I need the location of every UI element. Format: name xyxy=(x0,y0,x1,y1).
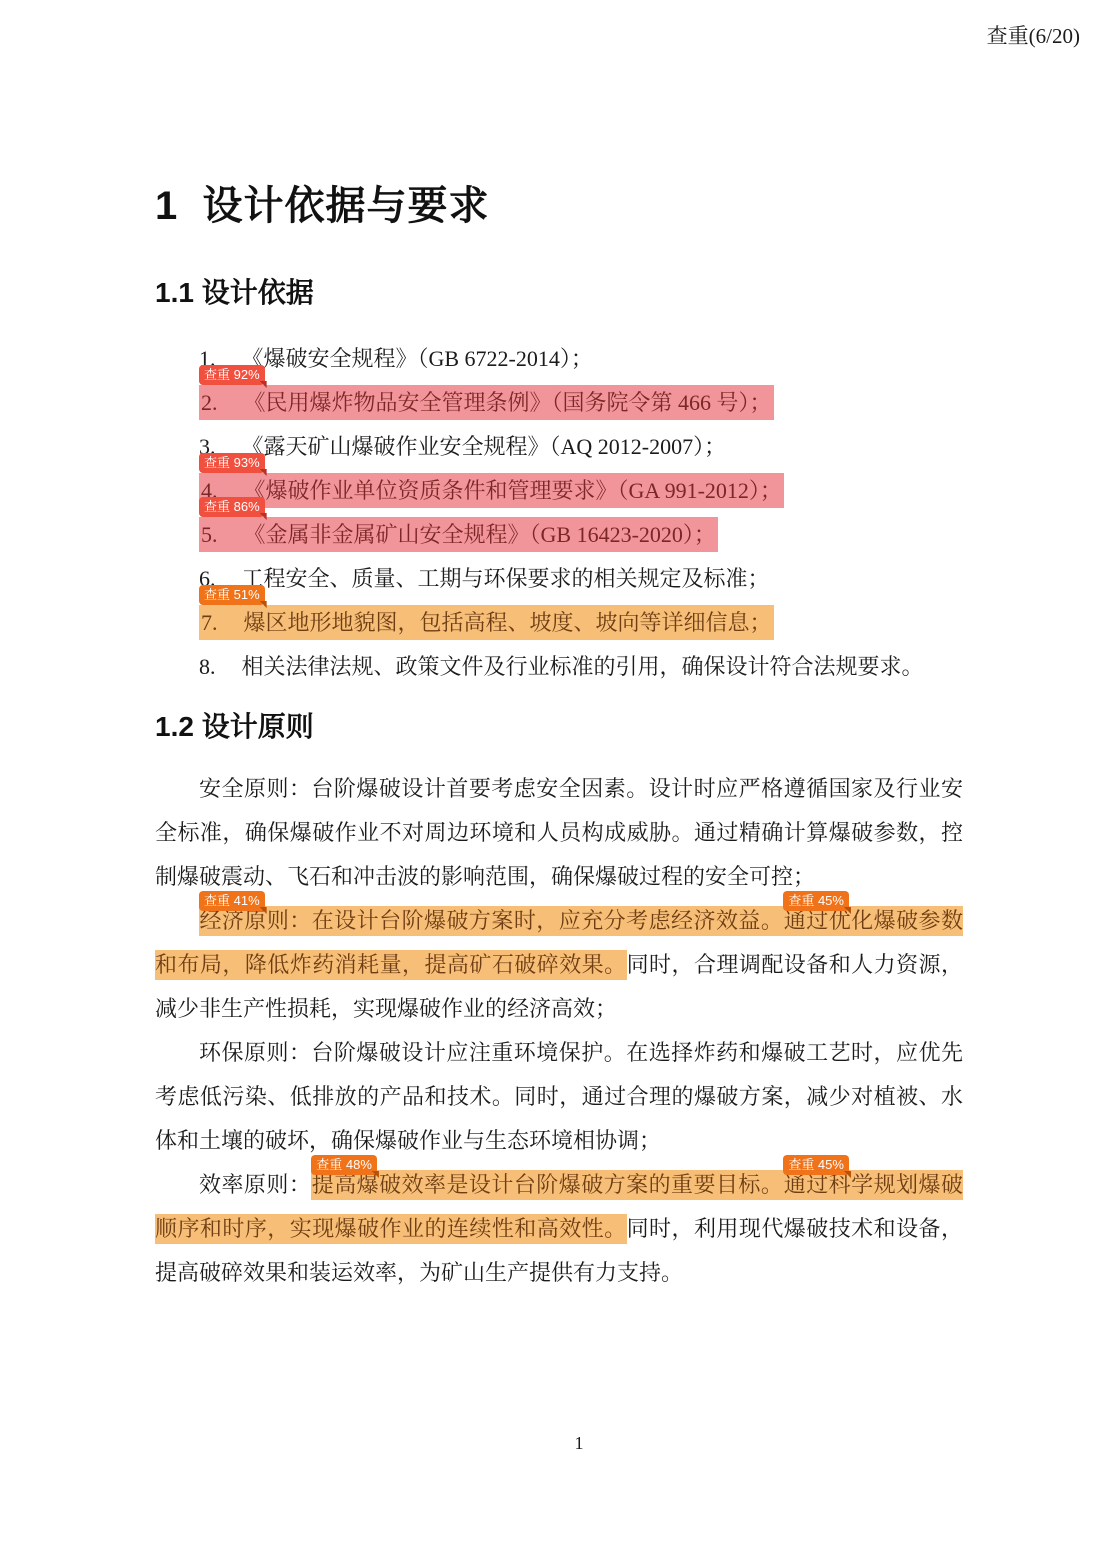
list-item-number: 2. xyxy=(201,390,218,415)
list-item-text: 《金属非金属矿山安全规程》（GB 16423-2020）； xyxy=(244,522,716,547)
document-content: 1 设计依据与要求 1.1 设计依据 1.《爆破安全规程》（GB 6722-20… xyxy=(0,0,963,1295)
highlight-segment: 7.爆区地形地貌图，包括高程、坡度、坡向等详细信息； xyxy=(199,605,774,640)
paragraph-efficiency: 效率原则：查重 48%提高爆破效率是设计台阶爆破方案的重要目标。查重 45%通过… xyxy=(155,1163,963,1295)
list-item-number: 5. xyxy=(201,522,218,547)
list-item-6: 6.工程安全、质量、工期与环保要求的相关规定及标准； xyxy=(155,557,963,601)
paragraph-text: 提高爆破效率是设计台阶爆破方案的重要目标。 xyxy=(311,1172,783,1197)
list-item-text: 《民用爆炸物品安全管理条例》（国务院令第 466 号）； xyxy=(244,390,772,415)
dup-badge[interactable]: 查重 51% xyxy=(199,585,265,605)
list-item-text: 爆区地形地貌图，包括高程、坡度、坡向等详细信息； xyxy=(244,610,772,635)
dup-badge[interactable]: 查重 45% xyxy=(783,1155,849,1175)
paragraph-environment: 环保原则：台阶爆破设计应注重环境保护。在选择炸药和爆破工艺时，应优先考虑低污染、… xyxy=(155,1031,963,1163)
dup-badge[interactable]: 查重 86% xyxy=(199,497,265,517)
section-title-1-2: 1.2 设计原则 xyxy=(155,710,963,744)
paragraph-safety: 安全原则：台阶爆破设计首要考虑安全因素。设计时应严格遵循国家及行业安全标准，确保… xyxy=(155,767,963,899)
principles-paragraphs: 安全原则：台阶爆破设计首要考虑安全因素。设计时应严格遵循国家及行业安全标准，确保… xyxy=(155,767,963,1295)
list-item-8: 8.相关法律法规、政策文件及行业标准的引用，确保设计符合法规要求。 xyxy=(155,645,963,689)
reference-list: 1.《爆破安全规程》（GB 6722-2014）； 查重 92%2.《民用爆炸物… xyxy=(155,337,963,689)
section-title-1-1: 1.1 设计依据 xyxy=(155,276,963,310)
doc-title: 1 设计依据与要求 xyxy=(155,183,963,229)
dup-check-counter: 查重(6/20) xyxy=(987,20,1080,50)
highlight-segment: 查重 41%经济原则：在设计台阶爆破方案时，应充分考虑经济效益。 xyxy=(199,906,783,936)
list-item-7: 查重 51%7.爆区地形地貌图，包括高程、坡度、坡向等详细信息； xyxy=(155,601,963,645)
list-item-5: 查重 86%5.《金属非金属矿山安全规程》（GB 16423-2020）； xyxy=(155,513,963,557)
paragraph-text: 安全原则：台阶爆破设计首要考虑安全因素。设计时应严格遵循国家及行业安全标准，确保… xyxy=(155,776,963,889)
highlight-segment: 查重 48%提高爆破效率是设计台阶爆破方案的重要目标。 xyxy=(311,1170,783,1200)
highlight-segment: 2.《民用爆炸物品安全管理条例》（国务院令第 466 号）； xyxy=(199,385,774,420)
list-item-3: 3.《露天矿山爆破作业安全规程》（AQ 2012-2007）； xyxy=(155,425,963,469)
dup-badge[interactable]: 查重 48% xyxy=(311,1155,377,1175)
list-item-4: 查重 93%4.《爆破作业单位资质条件和管理要求》（GA 991-2012）； xyxy=(155,469,963,513)
list-item-1: 1.《爆破安全规程》（GB 6722-2014）； xyxy=(155,337,963,381)
list-item-2: 查重 92%2.《民用爆炸物品安全管理条例》（国务院令第 466 号）； xyxy=(155,381,963,425)
paragraph-economy: 查重 41%经济原则：在设计台阶爆破方案时，应充分考虑经济效益。查重 45%通过… xyxy=(155,899,963,1031)
highlight-segment: 4.《爆破作业单位资质条件和管理要求》（GA 991-2012）； xyxy=(199,473,784,508)
list-item-text: 工程安全、质量、工期与环保要求的相关规定及标准； xyxy=(242,566,770,591)
list-item-number: 8. xyxy=(199,654,216,679)
list-item-text: 相关法律法规、政策文件及行业标准的引用，确保设计符合法规要求。 xyxy=(242,654,924,679)
dup-badge[interactable]: 查重 93% xyxy=(199,453,265,473)
list-item-text: 《露天矿山爆破作业安全规程》（AQ 2012-2007）； xyxy=(242,434,727,459)
dup-badge[interactable]: 查重 45% xyxy=(783,891,849,911)
dup-badge[interactable]: 查重 92% xyxy=(199,365,265,385)
page-number: 1 xyxy=(0,1433,1102,1454)
dup-badge[interactable]: 查重 41% xyxy=(199,891,265,911)
list-item-text: 《爆破安全规程》（GB 6722-2014）； xyxy=(242,346,593,371)
paragraph-text: 效率原则： xyxy=(199,1172,311,1197)
list-item-number: 7. xyxy=(201,610,218,635)
highlight-segment: 5.《金属非金属矿山安全规程》（GB 16423-2020）； xyxy=(199,517,718,552)
paragraph-text: 环保原则：台阶爆破设计应注重环境保护。在选择炸药和爆破工艺时，应优先考虑低污染、… xyxy=(155,1040,963,1153)
list-item-text: 《爆破作业单位资质条件和管理要求》（GA 991-2012）； xyxy=(244,478,782,503)
document-page: 查重(6/20) 1 设计依据与要求 1.1 设计依据 1.《爆破安全规程》（G… xyxy=(0,0,1102,1559)
paragraph-text: 经济原则：在设计台阶爆破方案时，应充分考虑经济效益。 xyxy=(199,908,783,933)
